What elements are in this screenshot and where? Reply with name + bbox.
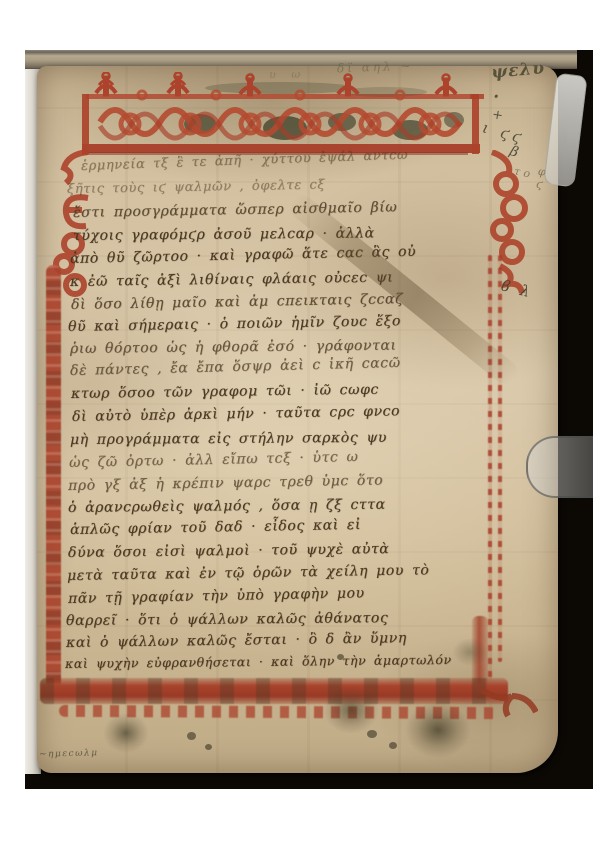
bottom-left-note: ~ημεϲωλμ	[39, 748, 99, 760]
text-line: θῦ καὶ σήμεραις · ὁ ποιῶν ἡμῖν ζουϲ ἕξο	[68, 314, 401, 334]
text-line: καὶ ψυχὴν εὐφρανθήσεται · καὶ ὅλην τὴν ἁ…	[65, 654, 452, 671]
mold-dot	[389, 742, 397, 749]
bottom-border-dashes	[59, 705, 497, 719]
page-clip-middle	[526, 436, 593, 498]
text-line: μὴ προγράμματα εἰς στήλην σαρκὸς ψυ	[70, 431, 387, 447]
text-line: ξῆτις τοὺς ιϛ ψαλμῶν , ὀφελτε ϲξ	[67, 178, 325, 196]
text-line: θαρρεῖ · ὅτι ὁ ψάλλων καλῶς ἀθάνατος	[66, 611, 389, 628]
bottom-border-band	[40, 678, 508, 704]
text-line: ἀπὸ θῦ ζῶρτοο · καὶ γραφῶ ἅτε ϲαϲ ἃς οὐ	[70, 245, 416, 266]
text-line: δὶ ὅσο λίθῃ μαῖο καὶ ἀμ ϲπεικταις ζϲϲαζ	[71, 292, 403, 312]
text-line: κτωρ ὅσοο τῶν γραφομ τῶι · ἰῶ ϲωφϲ	[71, 383, 379, 401]
text-line: δὲ πάντες , ἔα ἔπα ὅσψρ ἀεὶ ϲ ἰκῆ ϲαϲῶ	[70, 356, 401, 378]
text-line: δὶ αὐτὸ ὑπὲρ ἀρκὶ μήν · ταῦτα ϲρϲ φνϲο	[72, 404, 400, 424]
manuscript-photo: ο υ ω δϊ αηλ ~ ψελυ .	[25, 50, 593, 789]
text-line: μετὰ ταῦτα καὶ ἐν τῷ ὁρῶν τὰ χείλη μου τ…	[67, 563, 430, 583]
mold-dot	[205, 744, 212, 750]
text-line: ἔστι προσγράμματα ὥσπερ αἰσθμαῖο βίω	[73, 200, 398, 220]
text-line: ἁπλῶς φρίαν τοῦ δαδ · εἶδος καὶ εἰ	[70, 518, 361, 537]
photo-mount: ο υ ω δϊ αηλ ~ ψελυ .	[0, 0, 600, 849]
text-line: κ ἐῶ ταῖς ἁξὶ λιθίναις φλάαις οὐϲεϲ ψι	[70, 270, 394, 289]
mold-stain	[103, 713, 149, 753]
corner-flourish-ornament	[478, 684, 538, 726]
right-border-dotted	[486, 255, 504, 679]
quire-number: ι ϛϛ	[480, 118, 527, 147]
text-line: πᾶν τῇ γραφίαν τὴν ὑπὸ γραφὴν μου	[68, 586, 365, 606]
text-line: πρὸ γξ ἀξ ἡ κρέπιν ψαρϲ τρεθ ὑμϲ ὅτο	[68, 473, 383, 493]
text-line: ῥιω θόρτοο ὡς ἡ φθορᾶ ἐσό · γράφονται	[70, 339, 397, 356]
text-line: καὶ ὁ ψάλλων καλῶς ἔσται · ὃ δ ἂν ὕμνη	[66, 631, 407, 650]
right-border-line-outer	[498, 255, 502, 662]
right-border-line-inner	[488, 255, 492, 679]
parchment-page: ο υ ω δϊ αηλ ~ ψελυ .	[37, 66, 558, 773]
mold-dot	[367, 730, 377, 738]
text-line: ὁ ἀρανϲρωθεὶς ψαλμός , ὅσα ῃ ζξ ϲττα	[68, 498, 386, 515]
text-line: δύνα ὅσοι εἰσὶ ψαλμοὶ · τοῦ ψυχὲ αὐτὰ	[68, 542, 389, 560]
top-right-inscription: ψελυ .	[490, 57, 559, 103]
left-border-band	[46, 265, 61, 689]
text-line: τύχοις γραφόμϛρ ἀσοῦ μελϲαρ · ἀλλὰ	[73, 226, 375, 243]
mold-dot	[187, 732, 196, 740]
text-line: ὡς ζῶ ὀρτω · ἀλλ εἴπω τϲξ · ὑτϲ ω	[69, 450, 359, 470]
